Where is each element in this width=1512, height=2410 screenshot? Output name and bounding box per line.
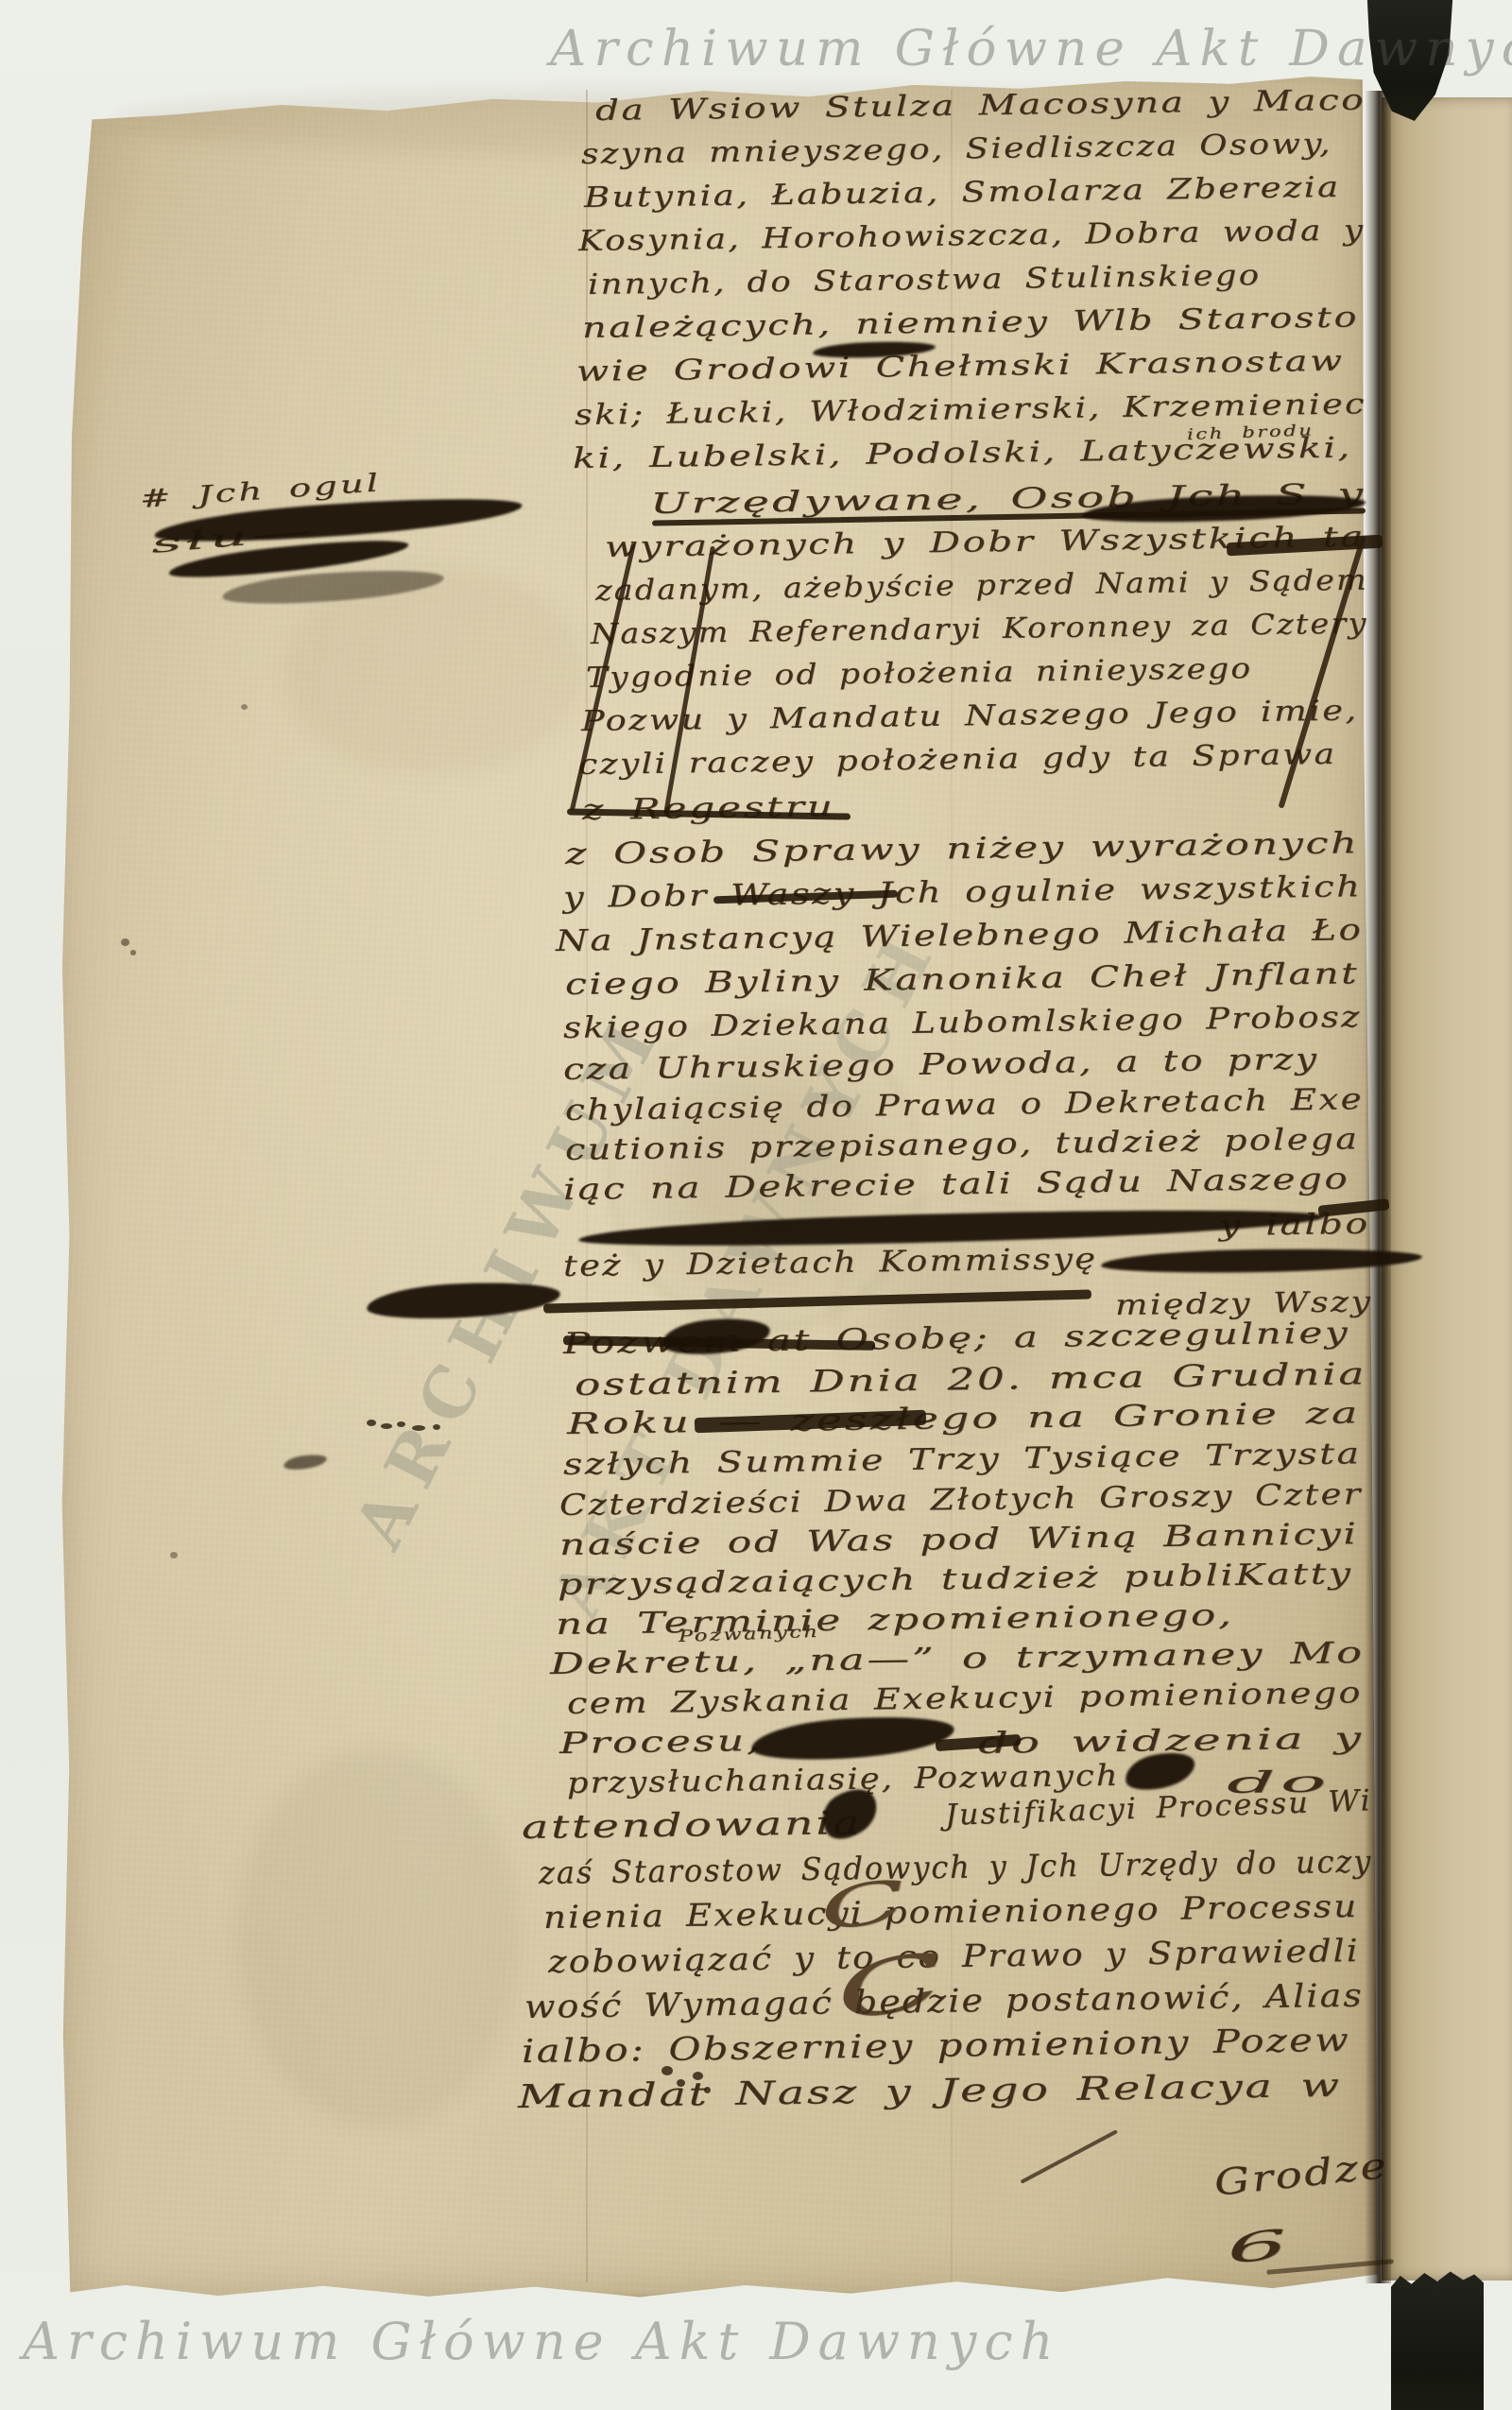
book-gutter-shadow — [1365, 91, 1391, 2283]
document-scan: ARCHIWUM AKT DAWNYCH da Wsiow Stulza Mac… — [0, 0, 1512, 2410]
fold-crease — [951, 90, 953, 2282]
adjacent-page-edge — [1382, 97, 1512, 2281]
ribbon-bookmark-bottom — [1391, 2270, 1484, 2410]
paper-stain — [236, 1748, 520, 2126]
archive-watermark-top: Archiwum Główne Akt Dawnych — [550, 21, 1512, 77]
seal-ghost — [832, 1191, 1087, 1446]
paper-stain — [113, 90, 1342, 156]
paper-stain — [926, 397, 1266, 643]
paper-stain — [283, 567, 586, 775]
archive-watermark-bottom: Archiwum Główne Akt Dawnych — [23, 2312, 1060, 2371]
